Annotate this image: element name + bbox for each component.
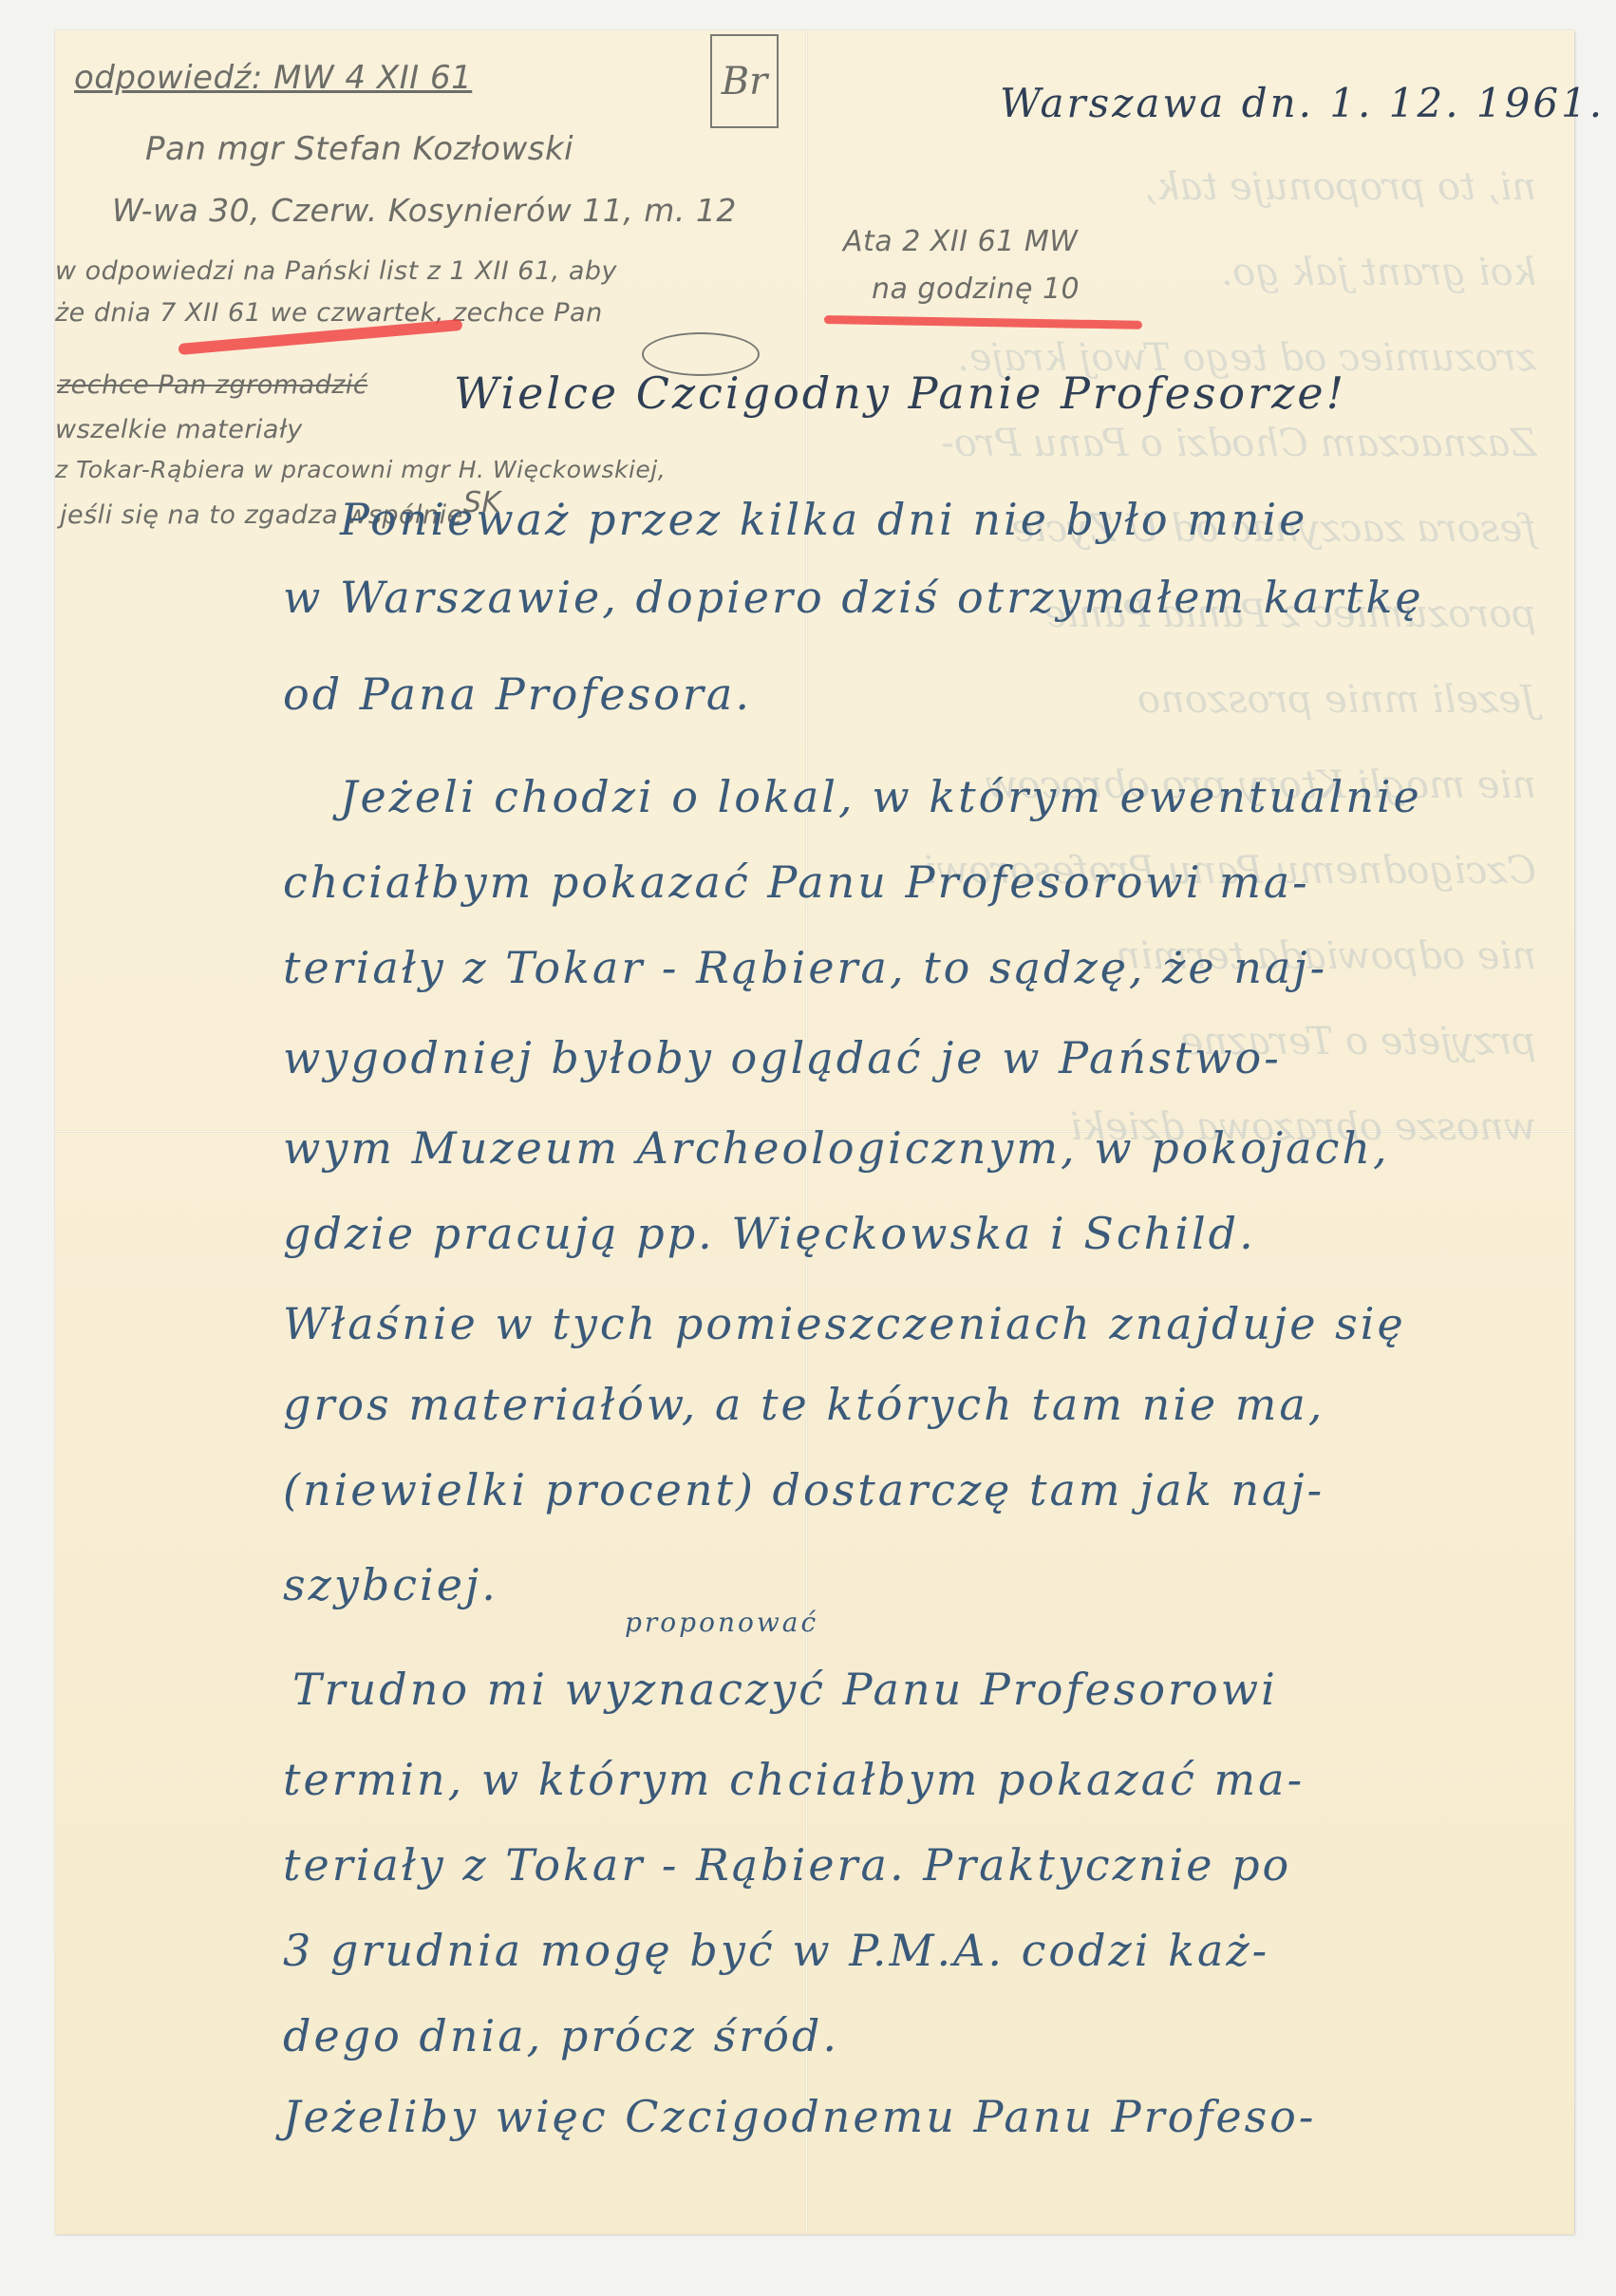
pencil-addressee-name: Pan mgr Stefan Kozłowski [145, 130, 573, 168]
insertion-proponowac: proponować [625, 1607, 818, 1638]
pencil-top-right-note: Ata 2 XII 61 MW [843, 225, 1078, 258]
stamp-initials: Br [722, 60, 768, 104]
body-line-5: chciałbym pokazać Panu Profesorowi ma- [283, 856, 1310, 908]
body-line-13: szybciej. [283, 1559, 498, 1610]
body-line-18: dego dnia, prócz śród. [283, 2010, 839, 2061]
pencil-note-line7: z Tokar-Rąbiera w pracowni mgr H. Więcko… [55, 456, 666, 483]
body-line-1: Ponieważ przez kilka dni nie było mnie [340, 494, 1307, 545]
body-line-3: od Pana Profesora. [283, 668, 752, 720]
body-line-10: Właśnie w tych pomieszczeniach znajduje … [283, 1298, 1406, 1349]
pencil-addressee-address: W-wa 30, Czerw. Kosynierów 11, m. 12 [112, 192, 737, 229]
body-line-17: 3 grudnia mogę być w P.M.A. codzi każ- [283, 1925, 1269, 1976]
body-line-16: teriały z Tokar - Rąbiera. Praktycznie p… [283, 1839, 1291, 1891]
body-line-15: termin, w którym chciałbym pokazać ma- [283, 1754, 1305, 1805]
pencil-note-line5: zechce Pan zgromadzić [57, 370, 367, 400]
letter-paper: ni, to proponuje tak, koi grant jak go. … [55, 30, 1574, 2234]
body-line-14: Trudno mi wyznaczyć Panu Profesorowi [292, 1664, 1278, 1715]
body-line-8: wym Muzeum Archeologicznym, w pokojach, [283, 1122, 1390, 1174]
body-line-12: (niewielki procent) dostarczę tam jak na… [283, 1464, 1325, 1515]
body-line-6: teriały z Tokar - Rąbiera, to sądzę, że … [283, 942, 1327, 993]
pencil-note-line4: że dnia 7 XII 61 we czwartek, zechce Pan [55, 298, 603, 328]
place-and-date: Warszawa dn. 1. 12. 1961. r. [1000, 80, 1616, 126]
body-line-9: gdzie pracują pp. Więckowska i Schild. [283, 1208, 1256, 1259]
body-line-2: w Warszawie, dopiero dziś otrzymałem kar… [283, 572, 1424, 623]
pencil-note-hour: na godzinę 10 [872, 273, 1080, 306]
pencil-stamp-box: Br [710, 34, 779, 128]
body-line-7: wygodniej byłoby oglądać je w Państwo- [283, 1032, 1282, 1083]
salutation: Wielce Czcigodny Panie Profesorze! [454, 367, 1346, 419]
pencil-note-line6: wszelkie materiały [55, 415, 303, 444]
pencil-reply-note: odpowiedź: MW 4 XII 61 [74, 59, 472, 97]
body-line-11: gros materiałów, a te których tam nie ma… [283, 1379, 1325, 1430]
body-line-4: Jeżeli chodzi o lokal, w którym ewentual… [340, 771, 1422, 822]
pencil-note-line3: w odpowiedzi na Pański list z 1 XII 61, … [55, 256, 617, 286]
body-line-19: Jeżeliby więc Czcigodnemu Panu Profeso- [283, 2091, 1316, 2142]
